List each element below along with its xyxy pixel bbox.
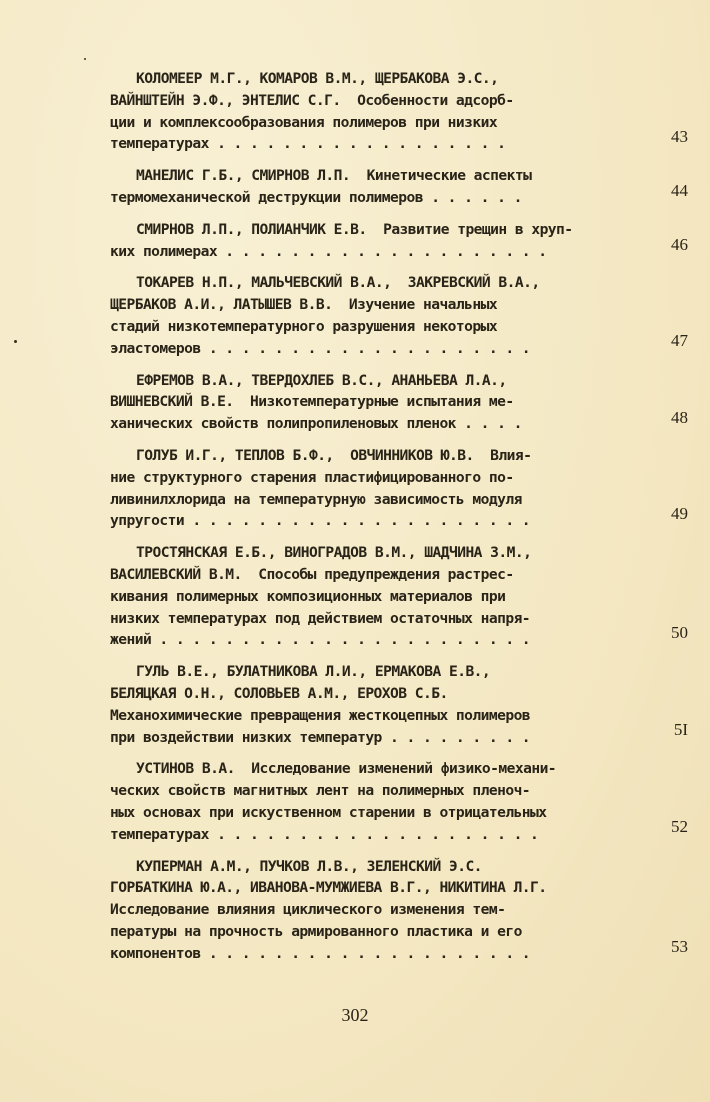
entry-authors-line: ТРОСТЯНСКАЯ Е.Б., ВИНОГРАДОВ В.М., ШАДЧИ… bbox=[110, 542, 690, 564]
toc-entry: ТОКАРЕВ Н.П., МАЛЬЧЕВСКИЙ В.А., ЗАКРЕВСК… bbox=[110, 272, 690, 359]
entry-text-line: кивания полимерных композиционных матери… bbox=[110, 586, 690, 608]
entry-text-line: БЕЛЯЦКАЯ О.Н., СОЛОВЬЕВ А.М., ЕРОХОВ С.Б… bbox=[110, 683, 690, 705]
entry-authors-line: УСТИНОВ В.А. Исследование изменений физи… bbox=[110, 758, 690, 780]
toc-entry: СМИРНОВ Л.П., ПОЛИАНЧИК Е.В. Развитие тр… bbox=[110, 219, 690, 263]
entry-page-number: 50 bbox=[671, 623, 688, 643]
entry-page-number: 53 bbox=[671, 937, 688, 957]
entry-text-line: ции и комплексообразования полимеров при… bbox=[110, 112, 690, 134]
entry-text-line: пературы на прочность армированного плас… bbox=[110, 921, 690, 943]
entry-page-number: 48 bbox=[671, 408, 688, 428]
entry-text-line: ВИШНЕВСКИЙ В.Е. Низкотемпературные испыт… bbox=[110, 391, 690, 413]
entry-text-line: низких температурах под действием остато… bbox=[110, 608, 690, 630]
toc-entry: ТРОСТЯНСКАЯ Е.Б., ВИНОГРАДОВ В.М., ШАДЧИ… bbox=[110, 542, 690, 651]
entry-text-line: ливинилхлорида на температурную зависимо… bbox=[110, 489, 690, 511]
entry-text-line: жений . . . . . . . . . . . . . . . . . … bbox=[110, 629, 690, 651]
entry-text-line: ЩЕРБАКОВ А.И., ЛАТЫШЕВ В.В. Изучение нач… bbox=[110, 294, 690, 316]
entry-text-line: упругости . . . . . . . . . . . . . . . … bbox=[110, 510, 690, 532]
entry-text-line: ГОРБАТКИНА Ю.А., ИВАНОВА-МУМЖИЕВА В.Г., … bbox=[110, 877, 690, 899]
entry-text-line: ханических свойств полипропиленовых плен… bbox=[110, 413, 690, 435]
entry-authors-line: КОЛОМЕЕР М.Г., КОМАРОВ В.М., ЩЕРБАКОВА Э… bbox=[110, 68, 690, 90]
entry-text-line: ческих свойств магнитных лент на полимер… bbox=[110, 780, 690, 802]
entry-text-line: Механохимические превращения жесткоцепны… bbox=[110, 705, 690, 727]
page-number: 302 bbox=[0, 1005, 710, 1026]
entry-page-number: 44 bbox=[671, 181, 688, 201]
entry-text-line: ние структурного старения пластифицирова… bbox=[110, 467, 690, 489]
entry-page-number: 46 bbox=[671, 235, 688, 255]
scanned-page: КОЛОМЕЕР М.Г., КОМАРОВ В.М., ЩЕРБАКОВА Э… bbox=[0, 0, 710, 1102]
entry-page-number: 49 bbox=[671, 504, 688, 524]
scan-speck bbox=[84, 58, 86, 60]
scan-speck bbox=[14, 340, 17, 343]
entry-text-line: ВАЙНШТЕЙН Э.Ф., ЭНТЕЛИС С.Г. Особенности… bbox=[110, 90, 690, 112]
entry-page-number: 47 bbox=[671, 331, 688, 351]
toc-entry: ЕФРЕМОВ В.А., ТВЕРДОХЛЕБ В.С., АНАНЬЕВА … bbox=[110, 370, 690, 435]
entry-authors-line: СМИРНОВ Л.П., ПОЛИАНЧИК Е.В. Развитие тр… bbox=[110, 219, 690, 241]
entry-text-line: температурах . . . . . . . . . . . . . .… bbox=[110, 824, 690, 846]
entry-authors-line: МАНЕЛИС Г.Б., СМИРНОВ Л.П. Кинетические … bbox=[110, 165, 690, 187]
toc-entries: КОЛОМЕЕР М.Г., КОМАРОВ В.М., ЩЕРБАКОВА Э… bbox=[110, 68, 690, 974]
entry-text-line: компонентов . . . . . . . . . . . . . . … bbox=[110, 943, 690, 965]
entry-authors-line: ГОЛУБ И.Г., ТЕПЛОВ Б.Ф., ОВЧИННИКОВ Ю.В.… bbox=[110, 445, 690, 467]
entry-authors-line: ТОКАРЕВ Н.П., МАЛЬЧЕВСКИЙ В.А., ЗАКРЕВСК… bbox=[110, 272, 690, 294]
entry-text-line: эластомеров . . . . . . . . . . . . . . … bbox=[110, 338, 690, 360]
toc-entry: МАНЕЛИС Г.Б., СМИРНОВ Л.П. Кинетические … bbox=[110, 165, 690, 209]
toc-entry: ГОЛУБ И.Г., ТЕПЛОВ Б.Ф., ОВЧИННИКОВ Ю.В.… bbox=[110, 445, 690, 532]
entry-text-line: термомеханической деструкции полимеров .… bbox=[110, 187, 690, 209]
entry-text-line: Исследование влияния циклического измене… bbox=[110, 899, 690, 921]
entry-page-number: 5I bbox=[674, 720, 688, 740]
entry-text-line: стадий низкотемпературного разрушения не… bbox=[110, 316, 690, 338]
toc-entry: ГУЛЬ В.Е., БУЛАТНИКОВА Л.И., ЕРМАКОВА Е.… bbox=[110, 661, 690, 748]
entry-page-number: 52 bbox=[671, 817, 688, 837]
entry-text-line: ных основах при искуственном старении в … bbox=[110, 802, 690, 824]
entry-page-number: 43 bbox=[671, 127, 688, 147]
toc-entry: УСТИНОВ В.А. Исследование изменений физи… bbox=[110, 758, 690, 845]
entry-text-line: ВАСИЛЕВСКИЙ В.М. Способы предупреждения … bbox=[110, 564, 690, 586]
entry-text-line: при воздействии низких температур . . . … bbox=[110, 727, 690, 749]
toc-entry: КУПЕРМАН А.М., ПУЧКОВ Л.В., ЗЕЛЕНСКИЙ Э.… bbox=[110, 856, 690, 965]
entry-authors-line: ЕФРЕМОВ В.А., ТВЕРДОХЛЕБ В.С., АНАНЬЕВА … bbox=[110, 370, 690, 392]
toc-entry: КОЛОМЕЕР М.Г., КОМАРОВ В.М., ЩЕРБАКОВА Э… bbox=[110, 68, 690, 155]
entry-authors-line: ГУЛЬ В.Е., БУЛАТНИКОВА Л.И., ЕРМАКОВА Е.… bbox=[110, 661, 690, 683]
entry-text-line: ких полимерах . . . . . . . . . . . . . … bbox=[110, 241, 690, 263]
entry-text-line: температурах . . . . . . . . . . . . . .… bbox=[110, 133, 690, 155]
entry-authors-line: КУПЕРМАН А.М., ПУЧКОВ Л.В., ЗЕЛЕНСКИЙ Э.… bbox=[110, 856, 690, 878]
